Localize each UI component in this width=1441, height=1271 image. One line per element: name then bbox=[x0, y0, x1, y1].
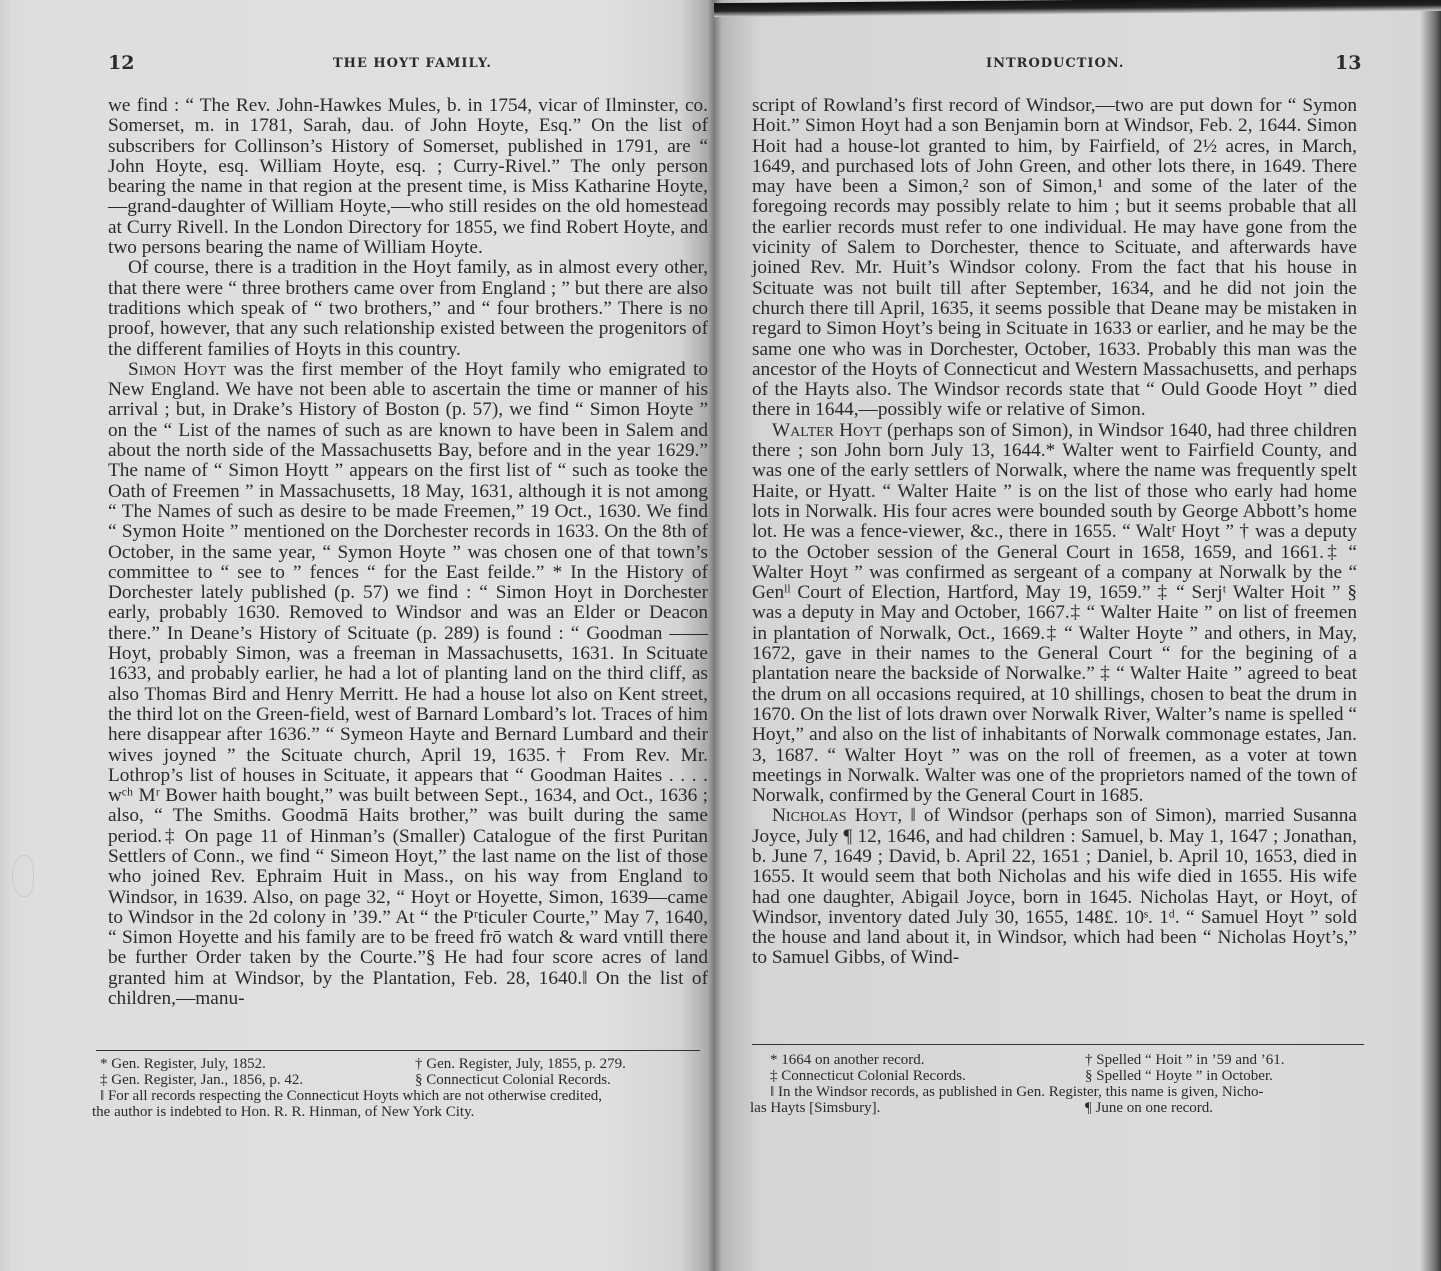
footnote: † Spelled “ Hoit ” in ’59 and ’61. bbox=[1085, 1052, 1285, 1068]
footnote: ¶ June on one record. bbox=[1085, 1100, 1213, 1116]
paragraph: Walter Hoyt (perhaps son of Simon), in W… bbox=[752, 421, 1357, 807]
page-number: 12 bbox=[108, 52, 134, 74]
book-spread: 12 THE HOYT FAMILY. we find : “ The Rev.… bbox=[0, 0, 1441, 1271]
paragraph: Of course, there is a tradition in the H… bbox=[108, 258, 708, 359]
footnote: * 1664 on another record. bbox=[750, 1052, 1085, 1068]
right-page: INTRODUCTION. 13 script of Rowland’s fir… bbox=[718, 0, 1441, 1271]
footnote: † Gen. Register, July, 1855, p. 279. bbox=[415, 1056, 626, 1072]
footnote: ‖ For all records respecting the Connect… bbox=[80, 1088, 705, 1104]
paragraph: Simon Hoyt was the first member of the H… bbox=[108, 360, 708, 1010]
footnote: § Connecticut Colonial Records. bbox=[415, 1072, 611, 1088]
paragraph: we find : “ The Rev. John-Hawkes Mules, … bbox=[108, 96, 708, 258]
footnote-rule bbox=[96, 1050, 700, 1051]
footnotes: * Gen. Register, July, 1852. † Gen. Regi… bbox=[80, 1056, 705, 1120]
footnote-rule bbox=[752, 1044, 1364, 1045]
paragraph-text: (perhaps son of Simon), in Windsor 1640,… bbox=[752, 420, 1357, 806]
running-head: INTRODUCTION. bbox=[986, 56, 1124, 71]
paragraph-text: , ‖ of Windsor (perhaps son of Simon), m… bbox=[752, 805, 1357, 968]
footnote-row: * 1664 on another record. † Spelled “ Ho… bbox=[750, 1052, 1365, 1068]
body-text: we find : “ The Rev. John-Hawkes Mules, … bbox=[108, 96, 708, 1009]
paragraph-text: we find : “ The Rev. John-Hawkes Mules, … bbox=[108, 95, 708, 258]
paragraph-text: script of Rowland’s first record of Wind… bbox=[752, 95, 1357, 420]
paragraph: script of Rowland’s first record of Wind… bbox=[752, 96, 1357, 421]
footnote-continued: las Hayts [Simsbury]. bbox=[750, 1100, 1085, 1116]
left-page: 12 THE HOYT FAMILY. we find : “ The Rev.… bbox=[0, 0, 712, 1271]
person-name: Nicholas Hoyt bbox=[772, 805, 897, 826]
footnote-continued: the author is indebted to Hon. R. R. Hin… bbox=[80, 1104, 705, 1120]
person-name: Simon Hoyt bbox=[128, 359, 226, 380]
paragraph-text: Of course, there is a tradition in the H… bbox=[108, 257, 708, 359]
running-head: THE HOYT FAMILY. bbox=[333, 56, 492, 71]
body-text: script of Rowland’s first record of Wind… bbox=[752, 96, 1357, 969]
footnotes: * 1664 on another record. † Spelled “ Ho… bbox=[750, 1052, 1365, 1116]
footnote: ‡ Gen. Register, Jan., 1856, p. 42. bbox=[80, 1072, 415, 1088]
footnote-row: las Hayts [Simsbury]. ¶ June on one reco… bbox=[750, 1100, 1365, 1116]
footnote-row: ‡ Gen. Register, Jan., 1856, p. 42. § Co… bbox=[80, 1072, 705, 1088]
footnote: * Gen. Register, July, 1852. bbox=[80, 1056, 415, 1072]
footnote-row: ‡ Connecticut Colonial Records. § Spelle… bbox=[750, 1068, 1365, 1084]
page-number: 13 bbox=[1335, 52, 1361, 74]
footnote: ‖ In the Windsor records, as published i… bbox=[750, 1084, 1365, 1100]
footnote: ‡ Connecticut Colonial Records. bbox=[750, 1068, 1085, 1084]
paragraph-text: was the first member of the Hoyt family … bbox=[108, 359, 708, 1009]
footnote-row: * Gen. Register, July, 1852. † Gen. Regi… bbox=[80, 1056, 705, 1072]
footnote: § Spelled “ Hoyte ” in October. bbox=[1085, 1068, 1273, 1084]
person-name: Walter Hoyt bbox=[772, 420, 882, 441]
paragraph: Nicholas Hoyt, ‖ of Windsor (perhaps son… bbox=[752, 806, 1357, 968]
